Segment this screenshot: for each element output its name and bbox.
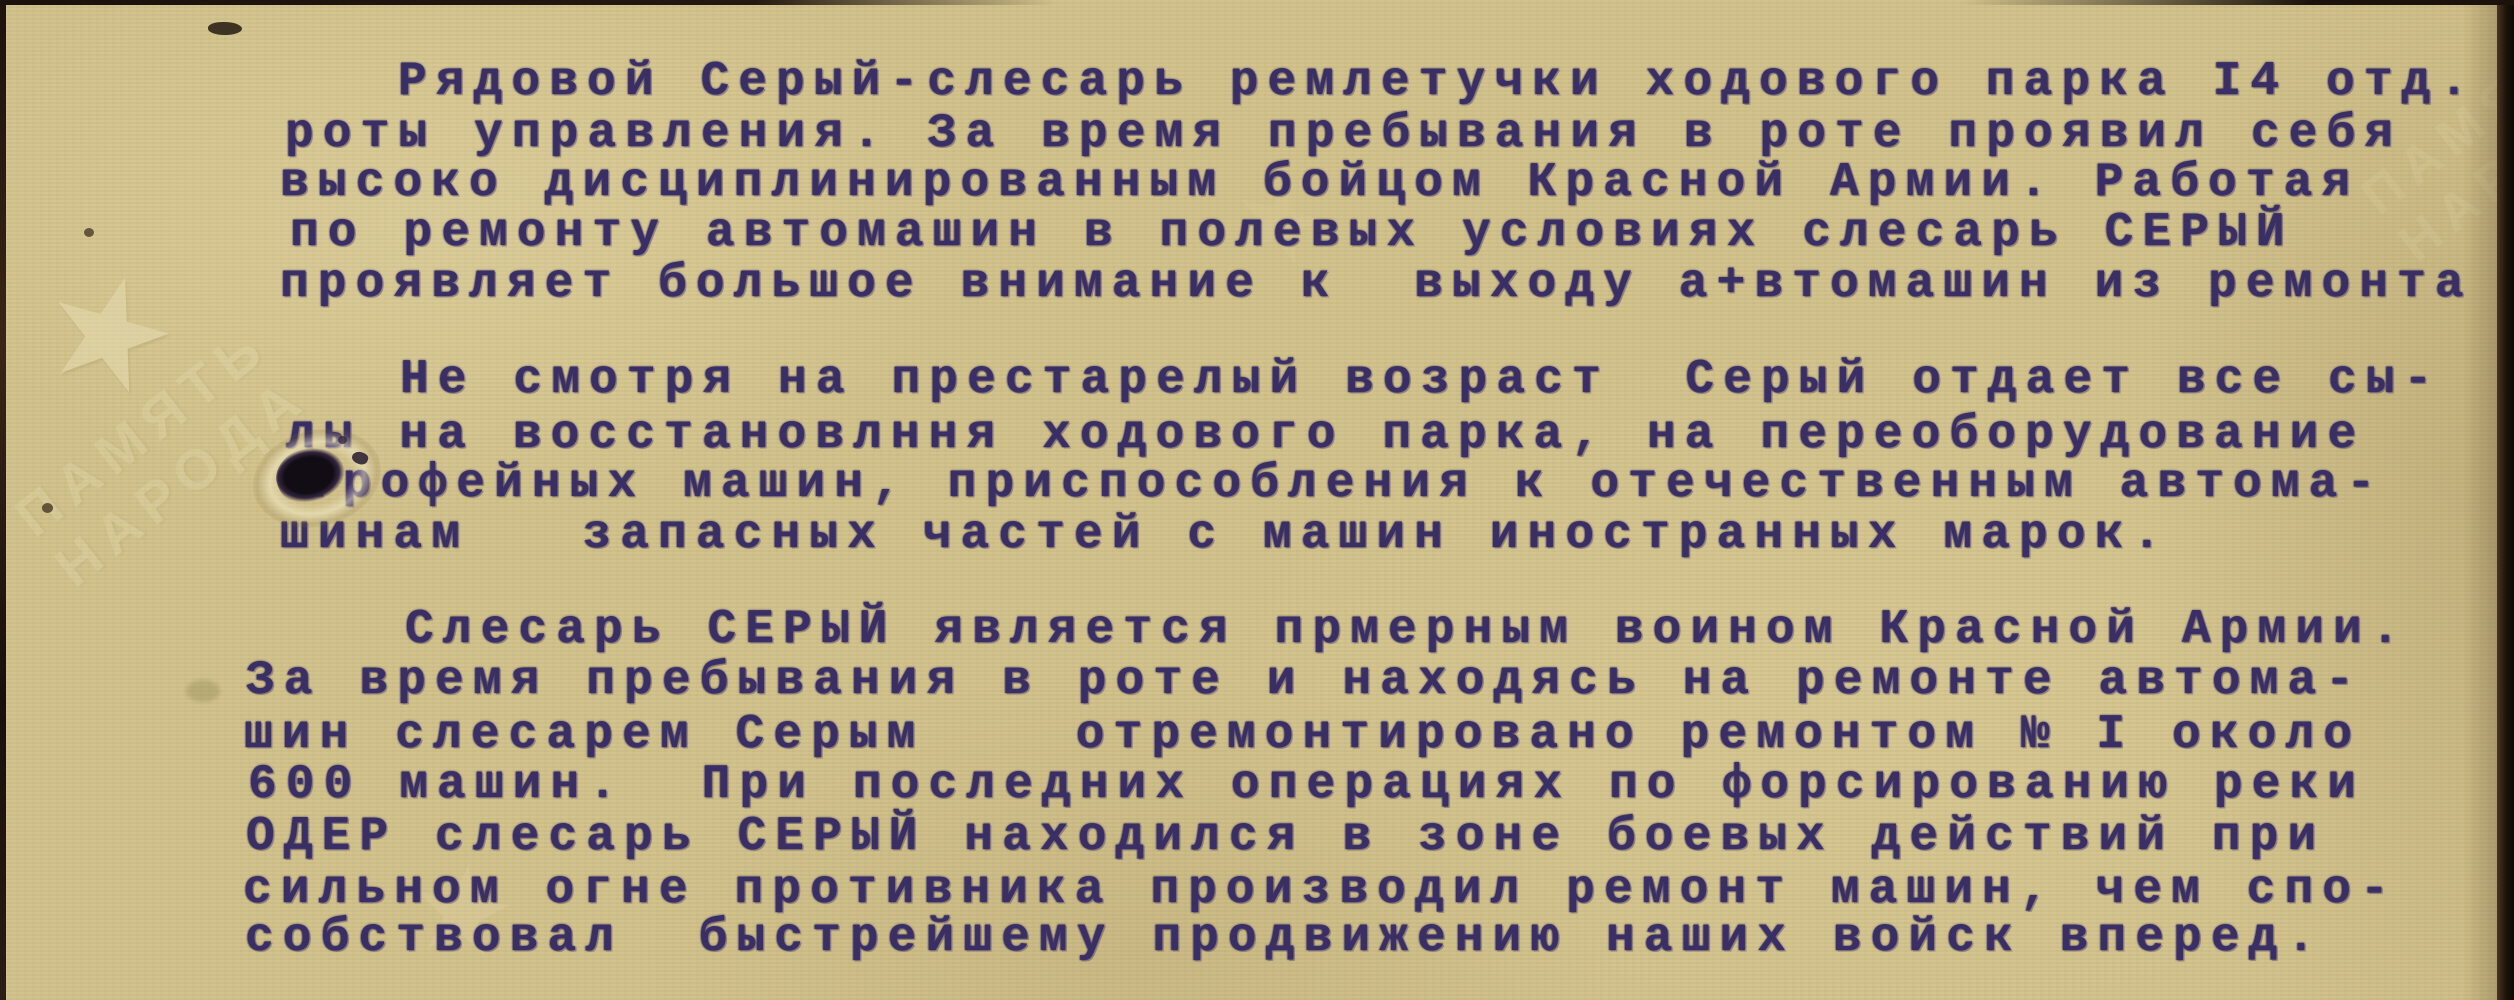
text-line: шинам запасных частей с машин иностранны… bbox=[280, 510, 2170, 560]
text-line: Слесарь СЕРЫЙ является прмерным воином К… bbox=[405, 605, 2409, 655]
paper-smudge bbox=[186, 680, 220, 702]
paper-speck bbox=[84, 228, 94, 237]
text-line: сильном огне противника производил ремон… bbox=[243, 865, 2398, 915]
paper-speck bbox=[208, 22, 242, 35]
text-line: Рядовой Серый-слесарь ремлетучки ходовог… bbox=[398, 57, 2477, 107]
watermark-word: ПАМЯТЬ bbox=[0, 295, 304, 567]
text-line: собствовал быстрейшему продвижению наших… bbox=[245, 913, 2324, 963]
text-line: шин слесарем Серым отремонтировано ремон… bbox=[244, 710, 2361, 760]
text-line: роты управления. За время пребывания в р… bbox=[285, 109, 2402, 159]
text-line: Не смотря на престарелый возраст Серый о… bbox=[400, 355, 2441, 405]
scanned-document-page: ★ ★ ★ ПАМЯТЬ НАРОДА ПАМЯТЬ НАРОДА Рядово… bbox=[0, 0, 2514, 1000]
ink-speck bbox=[338, 436, 347, 444]
text-line: ОДЕР слесарь СЕРЫЙ находился в зоне боев… bbox=[246, 812, 2325, 862]
paper-speck bbox=[42, 503, 53, 513]
star-watermark-icon: ★ bbox=[24, 242, 195, 423]
scan-edge-top bbox=[0, 0, 2514, 5]
text-line: по ремонту автомашин в полевых условиях … bbox=[290, 208, 2294, 258]
text-line: высоко дисциплинированным бойцом Красной… bbox=[280, 158, 2359, 208]
scan-edge-right bbox=[2497, 0, 2514, 1000]
text-line: лы на восстановлння ходового парка, на п… bbox=[286, 410, 2365, 460]
scan-edge-shadow bbox=[2463, 0, 2497, 1000]
scan-edge-left bbox=[0, 0, 6, 1000]
text-line: проявляет большое внимание к выходу а+вт… bbox=[280, 259, 2473, 309]
text-line: За время пребывания в роте и находясь на… bbox=[246, 656, 2363, 706]
text-line: трофейных машин, приспособления к отечес… bbox=[305, 459, 2384, 509]
text-line: 600 машин. При последних операциях по фо… bbox=[248, 760, 2365, 810]
